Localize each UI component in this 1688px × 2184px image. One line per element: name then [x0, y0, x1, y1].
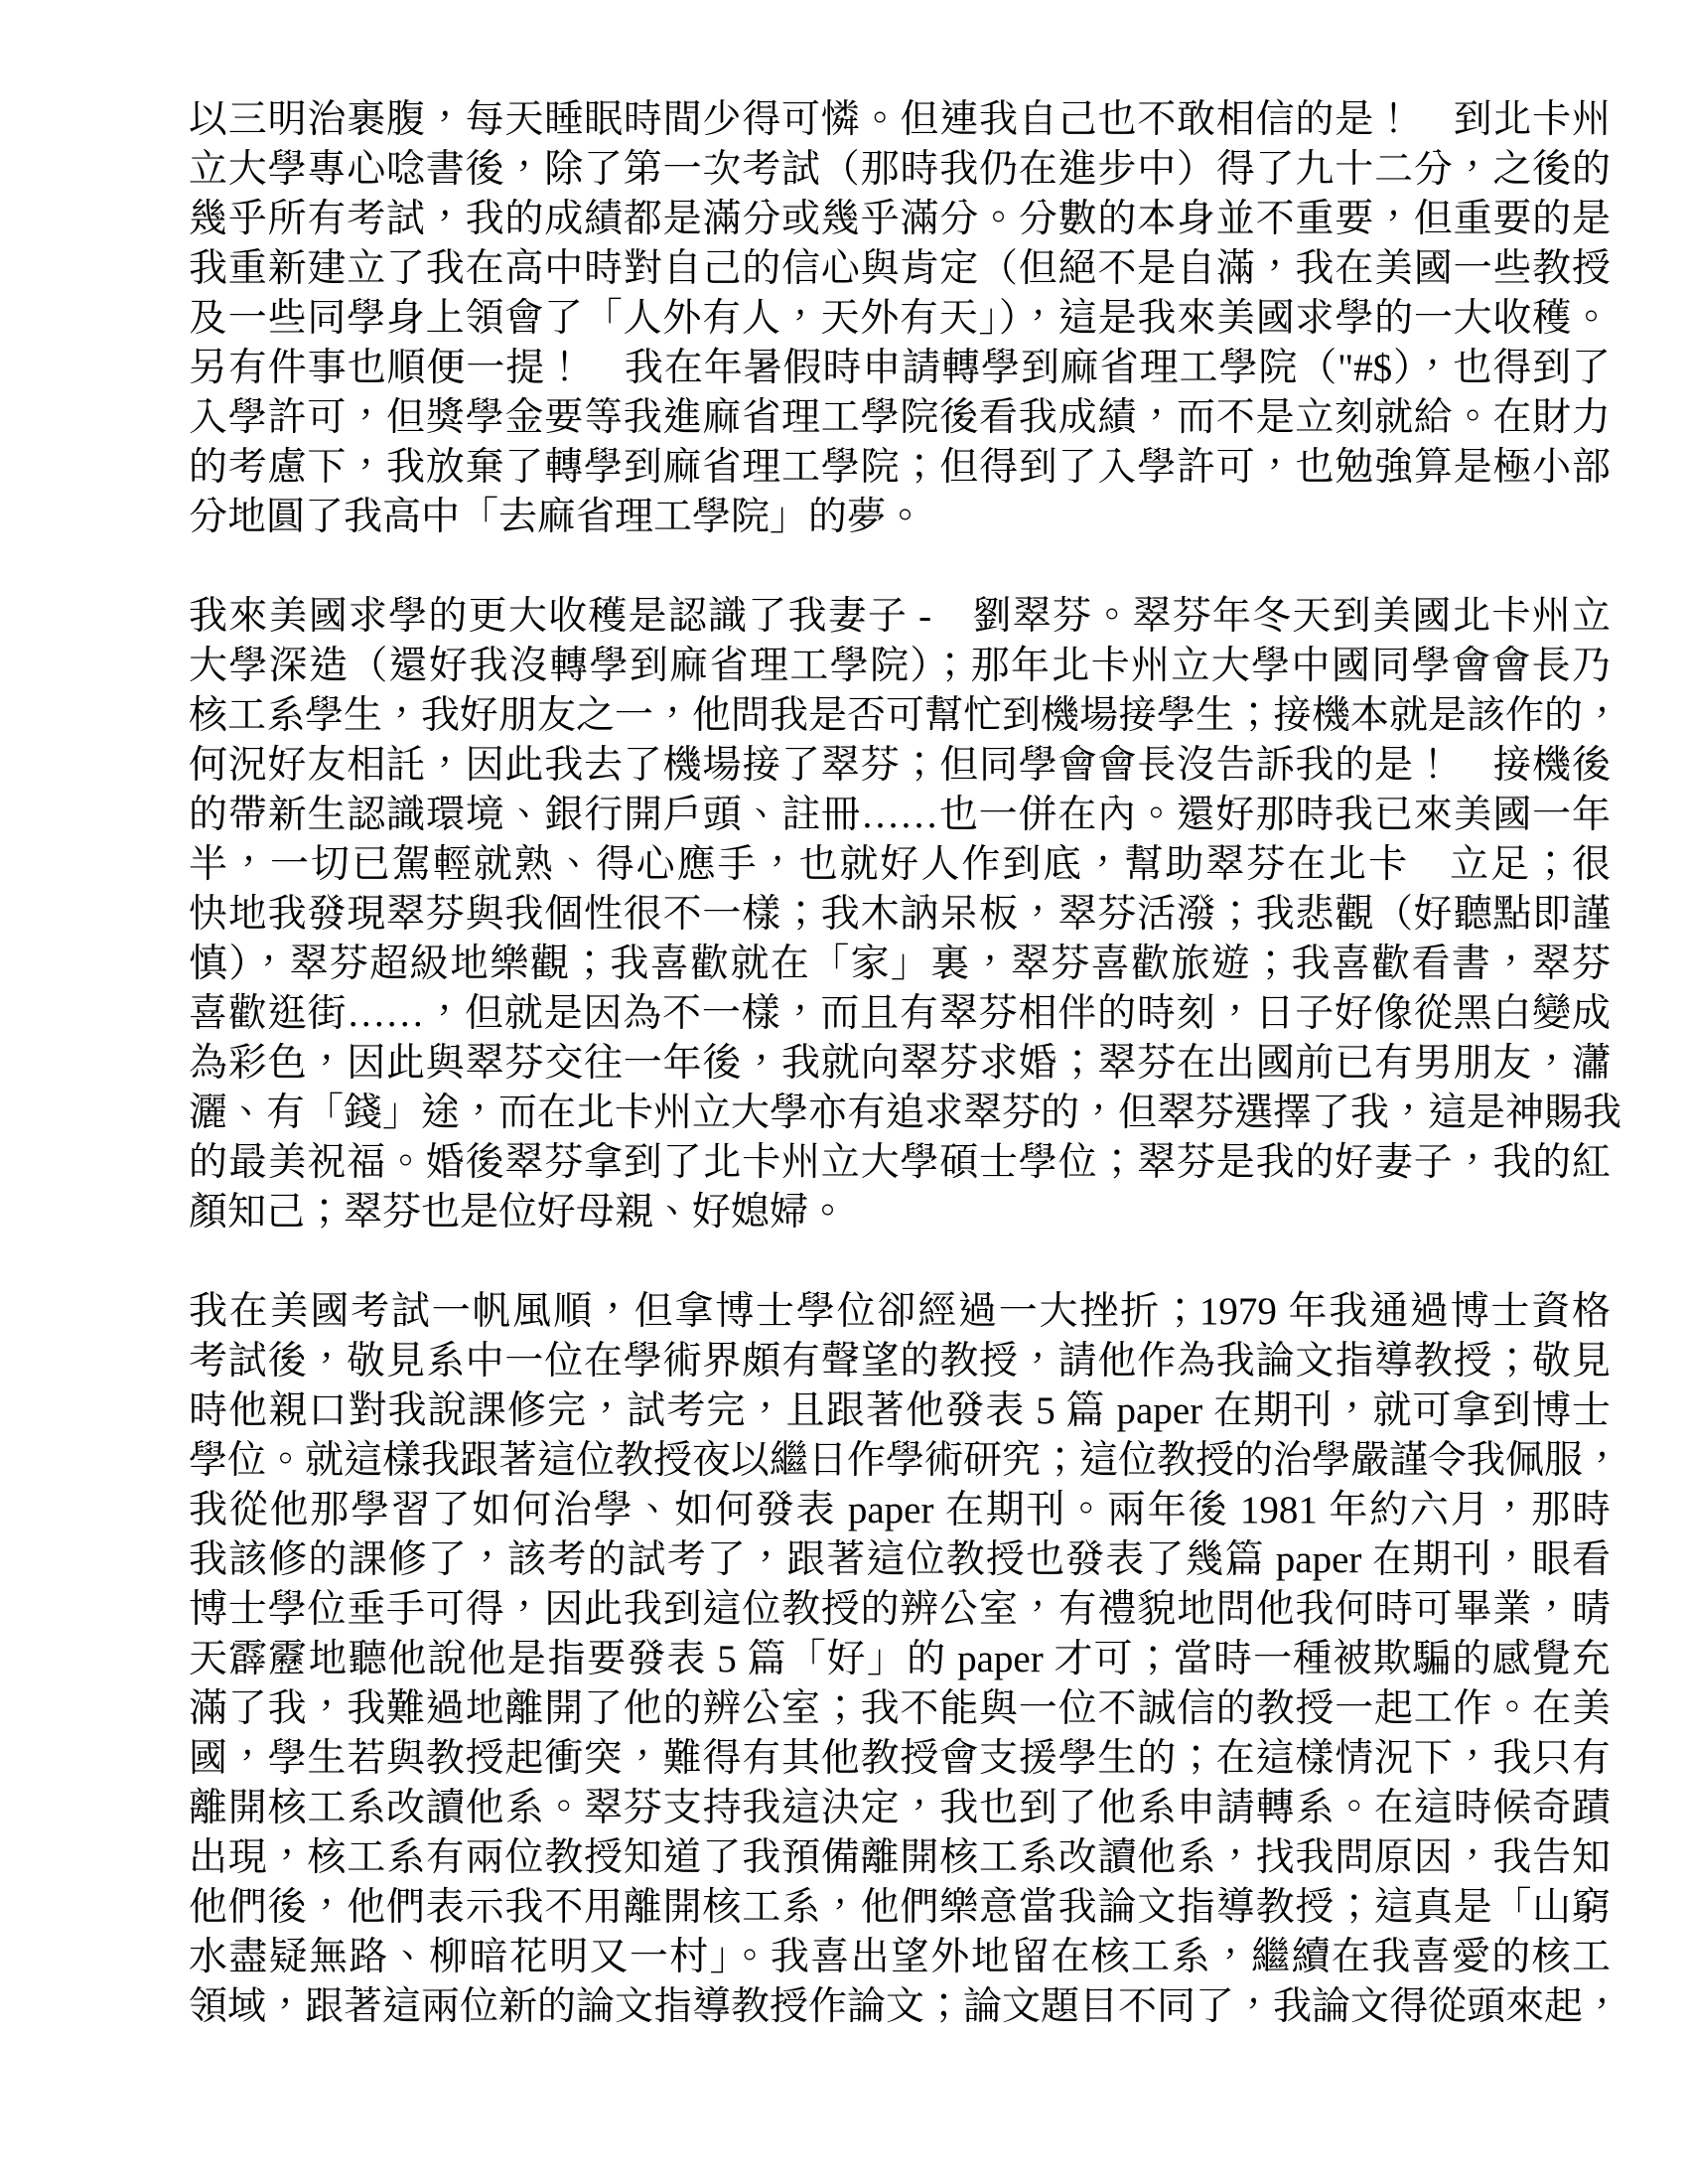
text-line: 我重新建立了我在高中時對自己的信心與肯定（但絕不是自滿，我在美國一些教授 [189, 244, 1611, 294]
text-line: 慎），翠芬超級地樂觀；我喜歡就在「家」裏，翠芬喜歡旅遊；我喜歡看書，翠芬 [189, 940, 1611, 989]
text-line: 立大學專心唸書後，除了第一次考試（那時我仍在進步中）得了九十二分，之後的 [189, 145, 1611, 195]
text-line: 我來美國求學的更大收穫是認識了我妻子 - 劉翠芬。翠芬年冬天到美國北卡州立 [189, 592, 1611, 642]
text-line: 離開核工系改讀他系。翠芬支持我這決定，我也到了他系申請轉系。在這時候奇蹟 [189, 1784, 1611, 1833]
text-line: 他們後，他們表示我不用離開核工系，他們樂意當我論文指導教授；這真是「山窮 [189, 1883, 1611, 1933]
text-line: 領域，跟著這兩位新的論文指導教授作論文；論文題目不同了，我論文得從頭來起， [189, 1982, 1611, 2032]
text-line: 時他親口對我說課修完，試考完，且跟著他發表 5 篇 paper 在期刊，就可拿到… [189, 1386, 1611, 1436]
text-line: 另有件事也順便一提！ 我在年暑假時申請轉學到麻省理工學院（"#$），也得到了 [189, 344, 1611, 393]
text-line: 學位。就這樣我跟著這位教授夜以繼日作學術研究；這位教授的治學嚴謹令我佩服， [189, 1436, 1611, 1486]
text-line: 考試後，敬見系中一位在學術界頗有聲望的教授，請他作為我論文指導教授；敬見 [189, 1337, 1611, 1386]
document-body: 以三明治裹腹，每天睡眠時間少得可憐。但連我自己也不敢相信的是！ 到北卡州立大學專… [189, 95, 1611, 2032]
text-line: 灑、有「錢」途，而在北卡州立大學亦有追求翠芬的，但翠芬選擇了我，這是神賜我 [189, 1089, 1611, 1138]
text-line: 國，學生若與教授起衝突，難得有其他教授會支援學生的；在這樣情況下，我只有 [189, 1734, 1611, 1784]
paragraph: 我在美國考試一帆風順，但拿博士學位卻經過一大挫折；1979 年我通過博士資格考試… [189, 1287, 1611, 2032]
text-line: 何況好友相託，因此我去了機場接了翠芬；但同學會會長沒告訴我的是！ 接機後 [189, 741, 1611, 791]
document-page: 以三明治裹腹，每天睡眠時間少得可憐。但連我自己也不敢相信的是！ 到北卡州立大學專… [0, 0, 1688, 2184]
text-line: 半，一切已駕輕就熟、得心應手，也就好人作到底，幫助翠芬在北卡 立足；很 [189, 840, 1611, 890]
text-line: 水盡疑無路、柳暗花明又一村」。我喜出望外地留在核工系，繼續在我喜愛的核工 [189, 1933, 1611, 1982]
text-line: 我從他那學習了如何治學、如何發表 paper 在期刊。兩年後 1981 年約六月… [189, 1486, 1611, 1535]
text-line: 的最美祝福。婚後翠芬拿到了北卡州立大學碩士學位；翠芬是我的好妻子，我的紅 [189, 1138, 1611, 1188]
text-line: 分地圓了我高中「去麻省理工學院」的夢。 [189, 493, 1611, 542]
text-line: 及一些同學身上領會了「人外有人，天外有天」），這是我來美國求學的一大收穫。 [189, 294, 1611, 344]
text-line: 快地我發現翠芬與我個性很不一樣；我木訥呆板，翠芬活潑；我悲觀（好聽點即謹 [189, 890, 1611, 940]
text-line: 為彩色，因此與翠芬交往一年後，我就向翠芬求婚；翠芬在出國前已有男朋友，瀟 [189, 1039, 1611, 1089]
text-line: 幾乎所有考試，我的成績都是滿分或幾乎滿分。分數的本身並不重要，但重要的是 [189, 195, 1611, 244]
paragraph: 我來美國求學的更大收穫是認識了我妻子 - 劉翠芬。翠芬年冬天到美國北卡州立大學深… [189, 592, 1611, 1238]
text-line: 出現，核工系有兩位教授知道了我預備離開核工系改讀他系，找我問原因，我告知 [189, 1833, 1611, 1883]
text-line: 我在美國考試一帆風順，但拿博士學位卻經過一大挫折；1979 年我通過博士資格 [189, 1287, 1611, 1337]
text-line: 大學深造（還好我沒轉學到麻省理工學院）；那年北卡州立大學中國同學會會長乃 [189, 642, 1611, 691]
text-line: 入學許可，但獎學金要等我進麻省理工學院後看我成績，而不是立刻就給。在財力 [189, 393, 1611, 443]
text-line: 的帶新生認識環境、銀行開戶頭、註冊……也一併在內。還好那時我已來美國一年 [189, 791, 1611, 840]
paragraph: 以三明治裹腹，每天睡眠時間少得可憐。但連我自己也不敢相信的是！ 到北卡州立大學專… [189, 95, 1611, 542]
text-line: 的考慮下，我放棄了轉學到麻省理工學院；但得到了入學許可，也勉強算是極小部 [189, 443, 1611, 493]
text-line: 核工系學生，我好朋友之一，他問我是否可幫忙到機場接學生；接機本就是該作的， [189, 691, 1611, 741]
text-line: 天霹靂地聽他說他是指要發表 5 篇「好」的 paper 才可；當時一種被欺騙的感… [189, 1635, 1611, 1684]
text-line: 喜歡逛街……，但就是因為不一樣，而且有翠芬相伴的時刻，日子好像從黑白變成 [189, 989, 1611, 1039]
text-line: 我該修的課修了，該考的試考了，跟著這位教授也發表了幾篇 paper 在期刊，眼看 [189, 1535, 1611, 1585]
text-line: 滿了我，我難過地離開了他的辨公室；我不能與一位不誠信的教授一起工作。在美 [189, 1684, 1611, 1734]
text-line: 顏知己；翠芬也是位好母親、好媳婦。 [189, 1188, 1611, 1238]
text-line: 以三明治裹腹，每天睡眠時間少得可憐。但連我自己也不敢相信的是！ 到北卡州 [189, 95, 1611, 145]
text-line: 博士學位垂手可得，因此我到這位教授的辨公室，有禮貌地問他我何時可畢業，晴 [189, 1585, 1611, 1635]
